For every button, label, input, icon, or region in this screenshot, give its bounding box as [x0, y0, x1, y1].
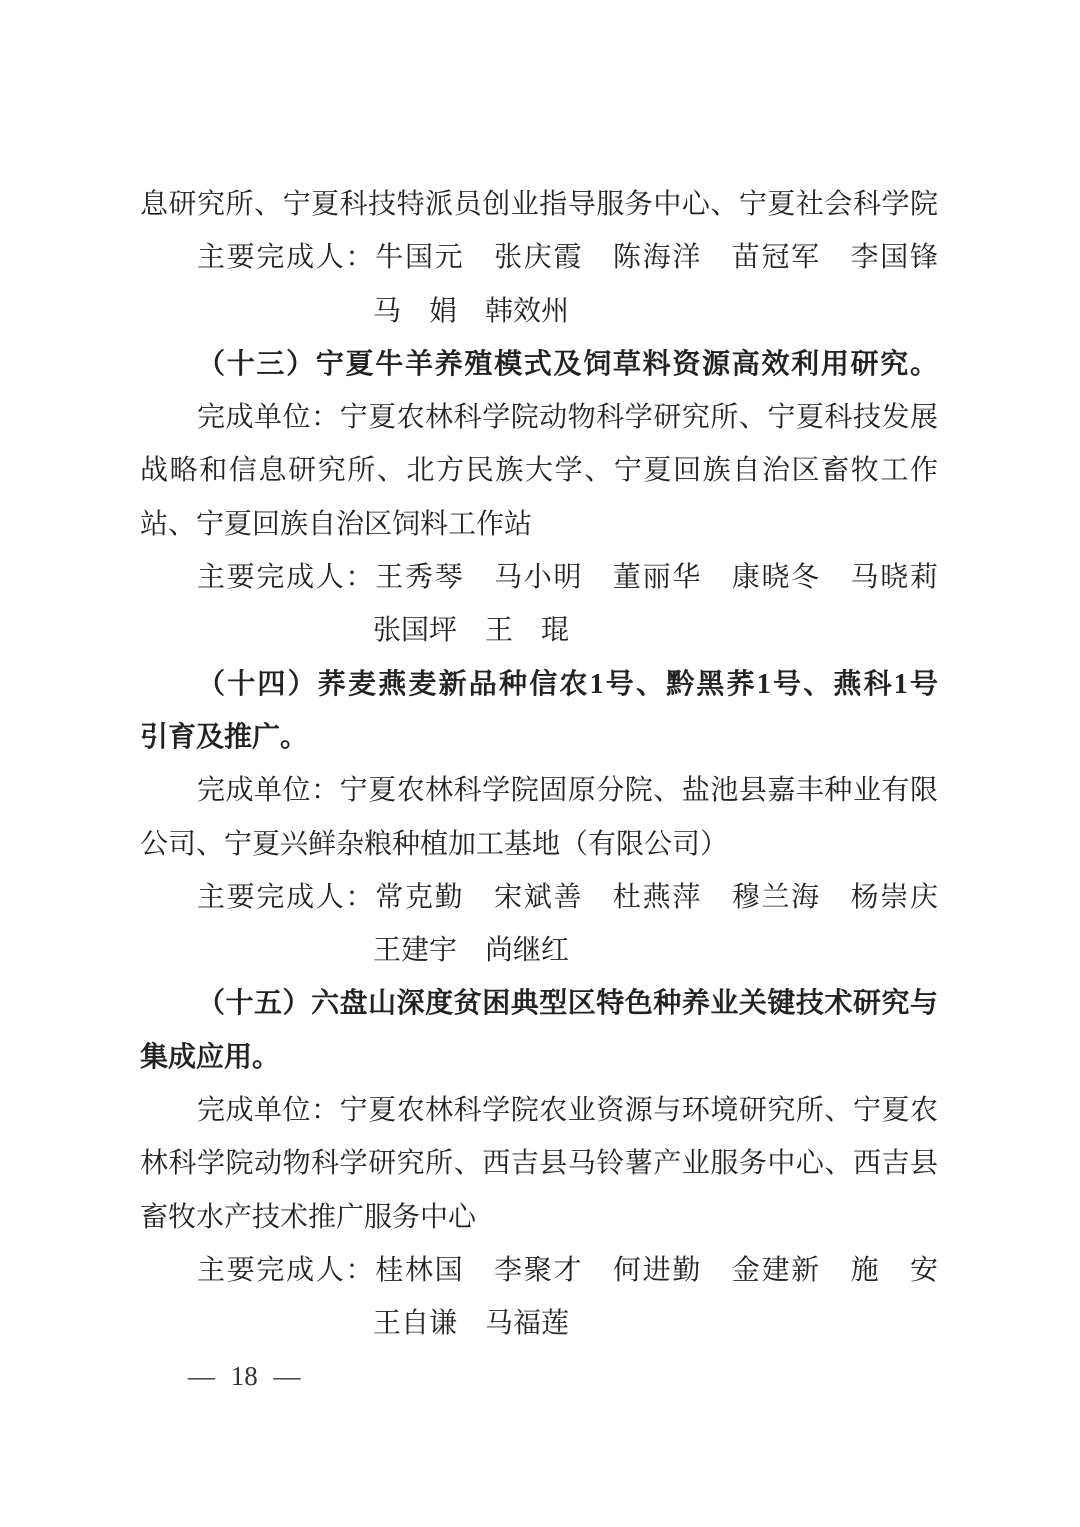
- item-13-units-line-1: 完成单位：宁夏农林科学院动物科学研究所、宁夏科技发展: [140, 391, 938, 444]
- item-14-units-line-2: 公司、宁夏兴鲜杂粮种植加工基地（有限公司）: [140, 818, 938, 871]
- item-13-contributors-line-2: 张国坪 王 琨: [140, 604, 938, 657]
- item-15-units-line-3: 畜牧水产技术推广服务中心: [140, 1191, 938, 1244]
- units-continuation-line: 息研究所、宁夏科技特派员创业指导服务中心、宁夏社会科学院: [140, 178, 938, 231]
- item-14-contributors-line-1: 主要完成人：常克勤 宋斌善 杜燕萍 穆兰海 杨崇庆: [140, 871, 938, 924]
- contributors-continuation-line: 马 娟 韩效州: [140, 285, 938, 338]
- item-15-units-line-1: 完成单位：宁夏农林科学院农业资源与环境研究所、宁夏农: [140, 1084, 938, 1137]
- item-14-contributors-line-2: 王建宇 尚继红: [140, 924, 938, 977]
- item-15-title-line-2: 集成应用。: [140, 1031, 938, 1084]
- document-page: 息研究所、宁夏科技特派员创业指导服务中心、宁夏社会科学院 主要完成人：牛国元 张…: [0, 0, 1080, 1527]
- item-15-title-line-1: （十五）六盘山深度贫困典型区特色种养业关键技术研究与: [140, 977, 938, 1030]
- item-15-units-line-2: 林科学院动物科学研究所、西吉县马铃薯产业服务中心、西吉县: [140, 1137, 938, 1190]
- item-14-title-line-1: （十四）荞麦燕麦新品种信农1号、黔黑荞1号、燕科1号: [140, 658, 938, 711]
- item-13-units-line-3: 站、宁夏回族自治区饲料工作站: [140, 498, 938, 551]
- item-13-units-line-2: 战略和信息研究所、北方民族大学、宁夏回族自治区畜牧工作: [140, 444, 938, 497]
- item-13-contributors-line-1: 主要完成人：王秀琴 马小明 董丽华 康晓冬 马晓莉: [140, 551, 938, 604]
- item-13-title: （十三）宁夏牛羊养殖模式及饲草料资源高效利用研究。: [140, 338, 938, 391]
- item-15-contributors-line-2: 王自谦 马福莲: [140, 1297, 938, 1350]
- item-15-contributors-line-1: 主要完成人：桂林国 李聚才 何进勤 金建新 施 安: [140, 1244, 938, 1297]
- document-body: 息研究所、宁夏科技特派员创业指导服务中心、宁夏社会科学院 主要完成人：牛国元 张…: [140, 178, 938, 1351]
- item-14-title-line-2: 引育及推广。: [140, 711, 938, 764]
- page-number: — 18 —: [188, 1361, 301, 1391]
- item-14-units-line-1: 完成单位：宁夏农林科学院固原分院、盐池县嘉丰种业有限: [140, 764, 938, 817]
- contributors-line: 主要完成人：牛国元 张庆霞 陈海洋 苗冠军 李国锋: [140, 231, 938, 284]
